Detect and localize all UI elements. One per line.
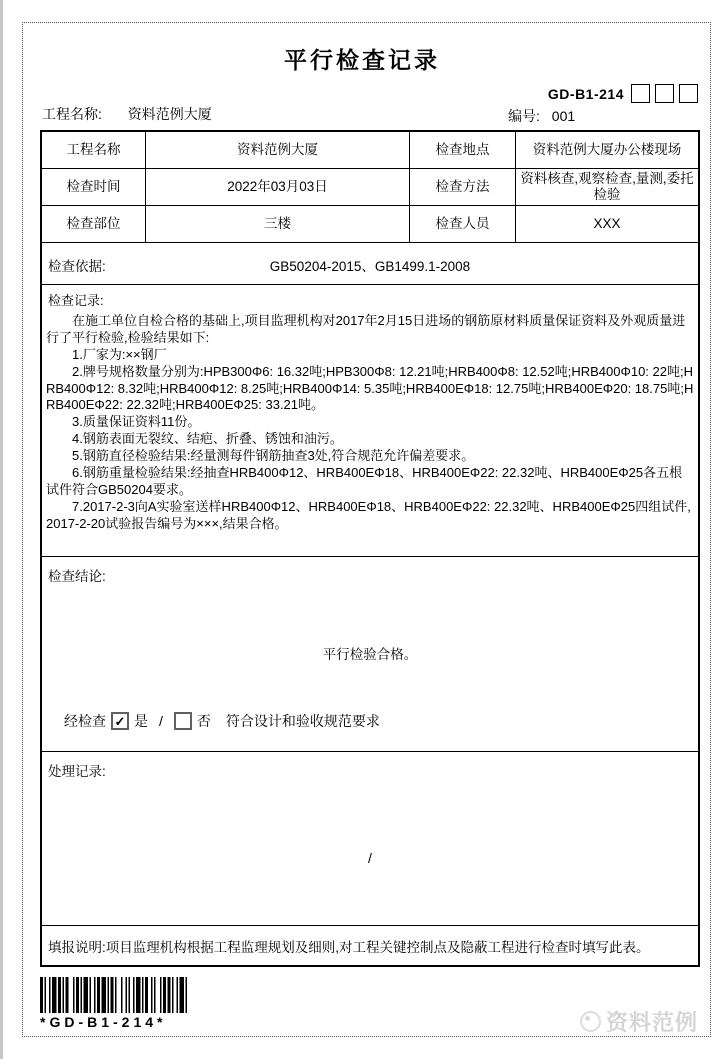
conclusion-label: 检查结论: (48, 565, 106, 585)
info-value: 资料范例大厦办公楼现场 (516, 132, 698, 169)
page-edge-strip (0, 0, 3, 1059)
project-name-value: 资料范例大厦 (128, 106, 212, 122)
barcode-image (40, 977, 190, 1013)
barcode-text: *GD-B1-214* (40, 1014, 190, 1030)
yes-checkbox[interactable]: ✓ (111, 712, 129, 730)
form-code: GD-B1-214 (548, 86, 624, 102)
watermark-text: 资料范例 (606, 1006, 698, 1037)
requirement-text: 符合设计和验收规范要求 (226, 711, 380, 731)
number-line: 编号: 001 (508, 106, 575, 126)
no-checkbox[interactable] (174, 712, 192, 730)
basis-section: 检查依据: GB50204-2015、GB1499.1-2008 (42, 243, 698, 285)
project-name-line: 工程名称: 资料范例大厦 (42, 104, 212, 124)
conclusion-section: 检查结论: 平行检验合格。 经检查 ✓ 是 / 否 符合设计和验收规范要求 (42, 557, 698, 752)
footer-note-text: 填报说明:项目监理机构根据工程监理规划及细则,对工程关键控制点及隐蔽工程进行检查… (48, 936, 650, 956)
info-label: 检查地点 (410, 132, 516, 169)
footer-note-section: 填报说明:项目监理机构根据工程监理规划及细则,对工程关键控制点及隐蔽工程进行检查… (42, 926, 698, 965)
record-item: 4.钢筋表面无裂纹、结疤、折叠、锈蚀和油污。 (46, 431, 694, 448)
info-value: XXX (516, 206, 698, 243)
main-table: 工程名称 资料范例大厦 检查地点 资料范例大厦办公楼现场 检查时间 2022年0… (40, 130, 700, 967)
form-code-row: GD-B1-214 (548, 84, 698, 103)
conclusion-result: 平行检验合格。 (42, 643, 698, 663)
yes-no-separator: / (159, 713, 163, 729)
yes-label: 是 (134, 711, 148, 731)
info-label: 检查人员 (410, 206, 516, 243)
conclusion-check-line: 经检查 ✓ 是 / 否 符合设计和验收规范要求 (64, 711, 380, 731)
info-label: 工程名称 (42, 132, 146, 169)
watermark-logo-icon (580, 1011, 601, 1032)
project-name-label: 工程名称: (42, 106, 102, 122)
code-box-3 (679, 84, 698, 103)
code-box-1 (631, 84, 650, 103)
handling-value: / (42, 850, 698, 866)
watermark: 资料范例 (580, 1006, 698, 1037)
number-label: 编号: (508, 108, 540, 124)
info-value: 三楼 (146, 206, 410, 243)
record-item: 5.钢筋直径检验结果:经量测每件钢筋抽查3处,符合规范允许偏差要求。 (46, 448, 694, 465)
info-label: 检查部位 (42, 206, 146, 243)
handling-label: 处理记录: (48, 760, 106, 780)
barcode-block: *GD-B1-214* (40, 977, 190, 1030)
info-grid: 工程名称 资料范例大厦 检查地点 资料范例大厦办公楼现场 检查时间 2022年0… (42, 132, 698, 243)
info-value: 资料核查,观察检查,量测,委托检验 (516, 169, 698, 206)
record-item: 7.2017-2-3向A实验室送样HRB400Φ12、HRB400EΦ18、HR… (46, 499, 694, 533)
code-box-2 (655, 84, 674, 103)
info-value: 2022年03月03日 (146, 169, 410, 206)
handling-section: 处理记录: / (42, 752, 698, 926)
no-label: 否 (197, 711, 211, 731)
info-label: 检查方法 (410, 169, 516, 206)
basis-value: GB50204-2015、GB1499.1-2008 (42, 255, 698, 275)
check-icon: ✓ (115, 715, 126, 728)
info-label: 检查时间 (42, 169, 146, 206)
check-prefix: 经检查 (64, 711, 106, 731)
record-item: 1.厂家为:××钢厂 (46, 347, 694, 364)
record-item: 2.牌号规格数量分别为:HPB300Φ6: 16.32吨;HPB300Φ8: 1… (46, 364, 694, 415)
record-item: 3.质量保证资料11份。 (46, 414, 694, 431)
document-page: 平行检查记录 GD-B1-214 工程名称: 资料范例大厦 编号: 001 工程… (0, 0, 724, 1059)
record-intro: 在施工单位自检合格的基础上,项目监理机构对2017年2月15日进场的钢筋原材料质… (46, 313, 694, 347)
record-section: 检查记录: 在施工单位自检合格的基础上,项目监理机构对2017年2月15日进场的… (42, 285, 698, 557)
info-value: 资料范例大厦 (146, 132, 410, 169)
record-label: 检查记录: (48, 293, 104, 310)
page-title: 平行检查记录 (0, 42, 724, 75)
record-item: 6.钢筋重量检验结果:经抽查HRB400Φ12、HRB400EΦ18、HRB40… (46, 465, 694, 499)
number-value: 001 (552, 108, 575, 124)
